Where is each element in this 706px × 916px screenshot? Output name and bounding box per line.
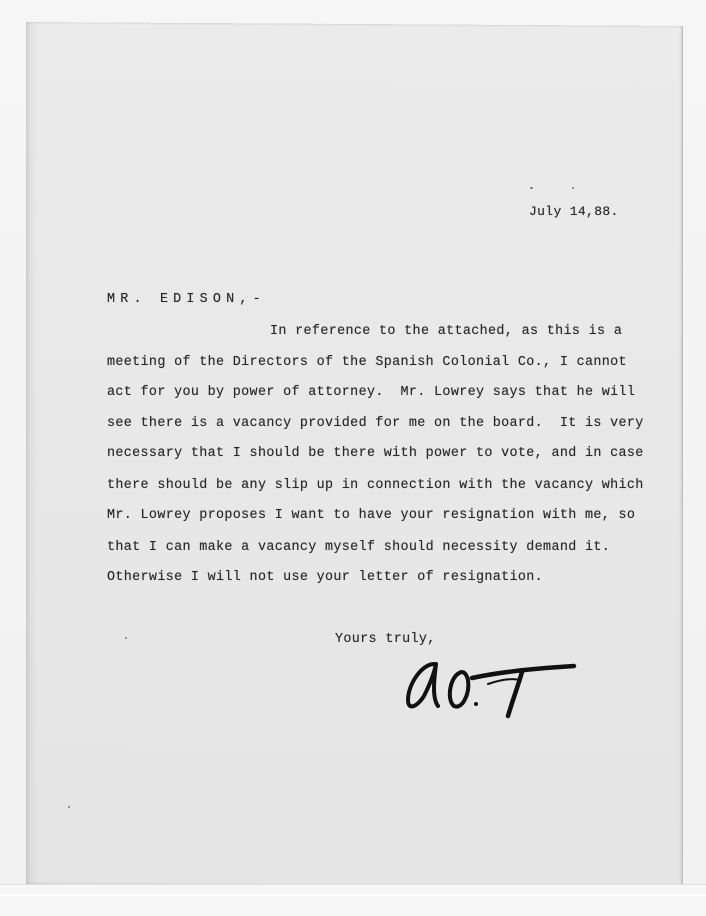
body-line: In reference to the attached, as this is…	[270, 324, 622, 339]
body-line: necessary that I should be there with po…	[107, 446, 644, 461]
ink-speck	[68, 806, 70, 808]
letter-salutation: MR. EDISON,-	[107, 292, 266, 307]
scanned-document: July 14,88. MR. EDISON,- In reference to…	[0, 0, 706, 916]
scanner-edge	[0, 894, 706, 896]
body-line: that I can make a vacancy myself should …	[107, 540, 610, 555]
body-line: meeting of the Directors of the Spanish …	[107, 355, 627, 370]
body-line: see there is a vacancy provided for me o…	[107, 416, 644, 431]
letter-date: July 14,88.	[529, 204, 619, 219]
body-line: Otherwise I will not use your letter of …	[107, 570, 543, 585]
handwritten-signature-icon	[400, 650, 580, 722]
page-edge-shadow	[26, 22, 38, 884]
ink-speck	[572, 187, 574, 189]
body-line: act for you by power of attorney. Mr. Lo…	[107, 385, 635, 400]
body-line: there should be any slip up in connectio…	[107, 478, 644, 493]
ink-speck	[125, 637, 127, 639]
scanner-bed	[0, 884, 706, 916]
letter-closing: Yours truly,	[335, 632, 436, 647]
ink-speck	[530, 187, 533, 189]
body-line: Mr. Lowrey proposes I want to have your …	[107, 508, 635, 523]
